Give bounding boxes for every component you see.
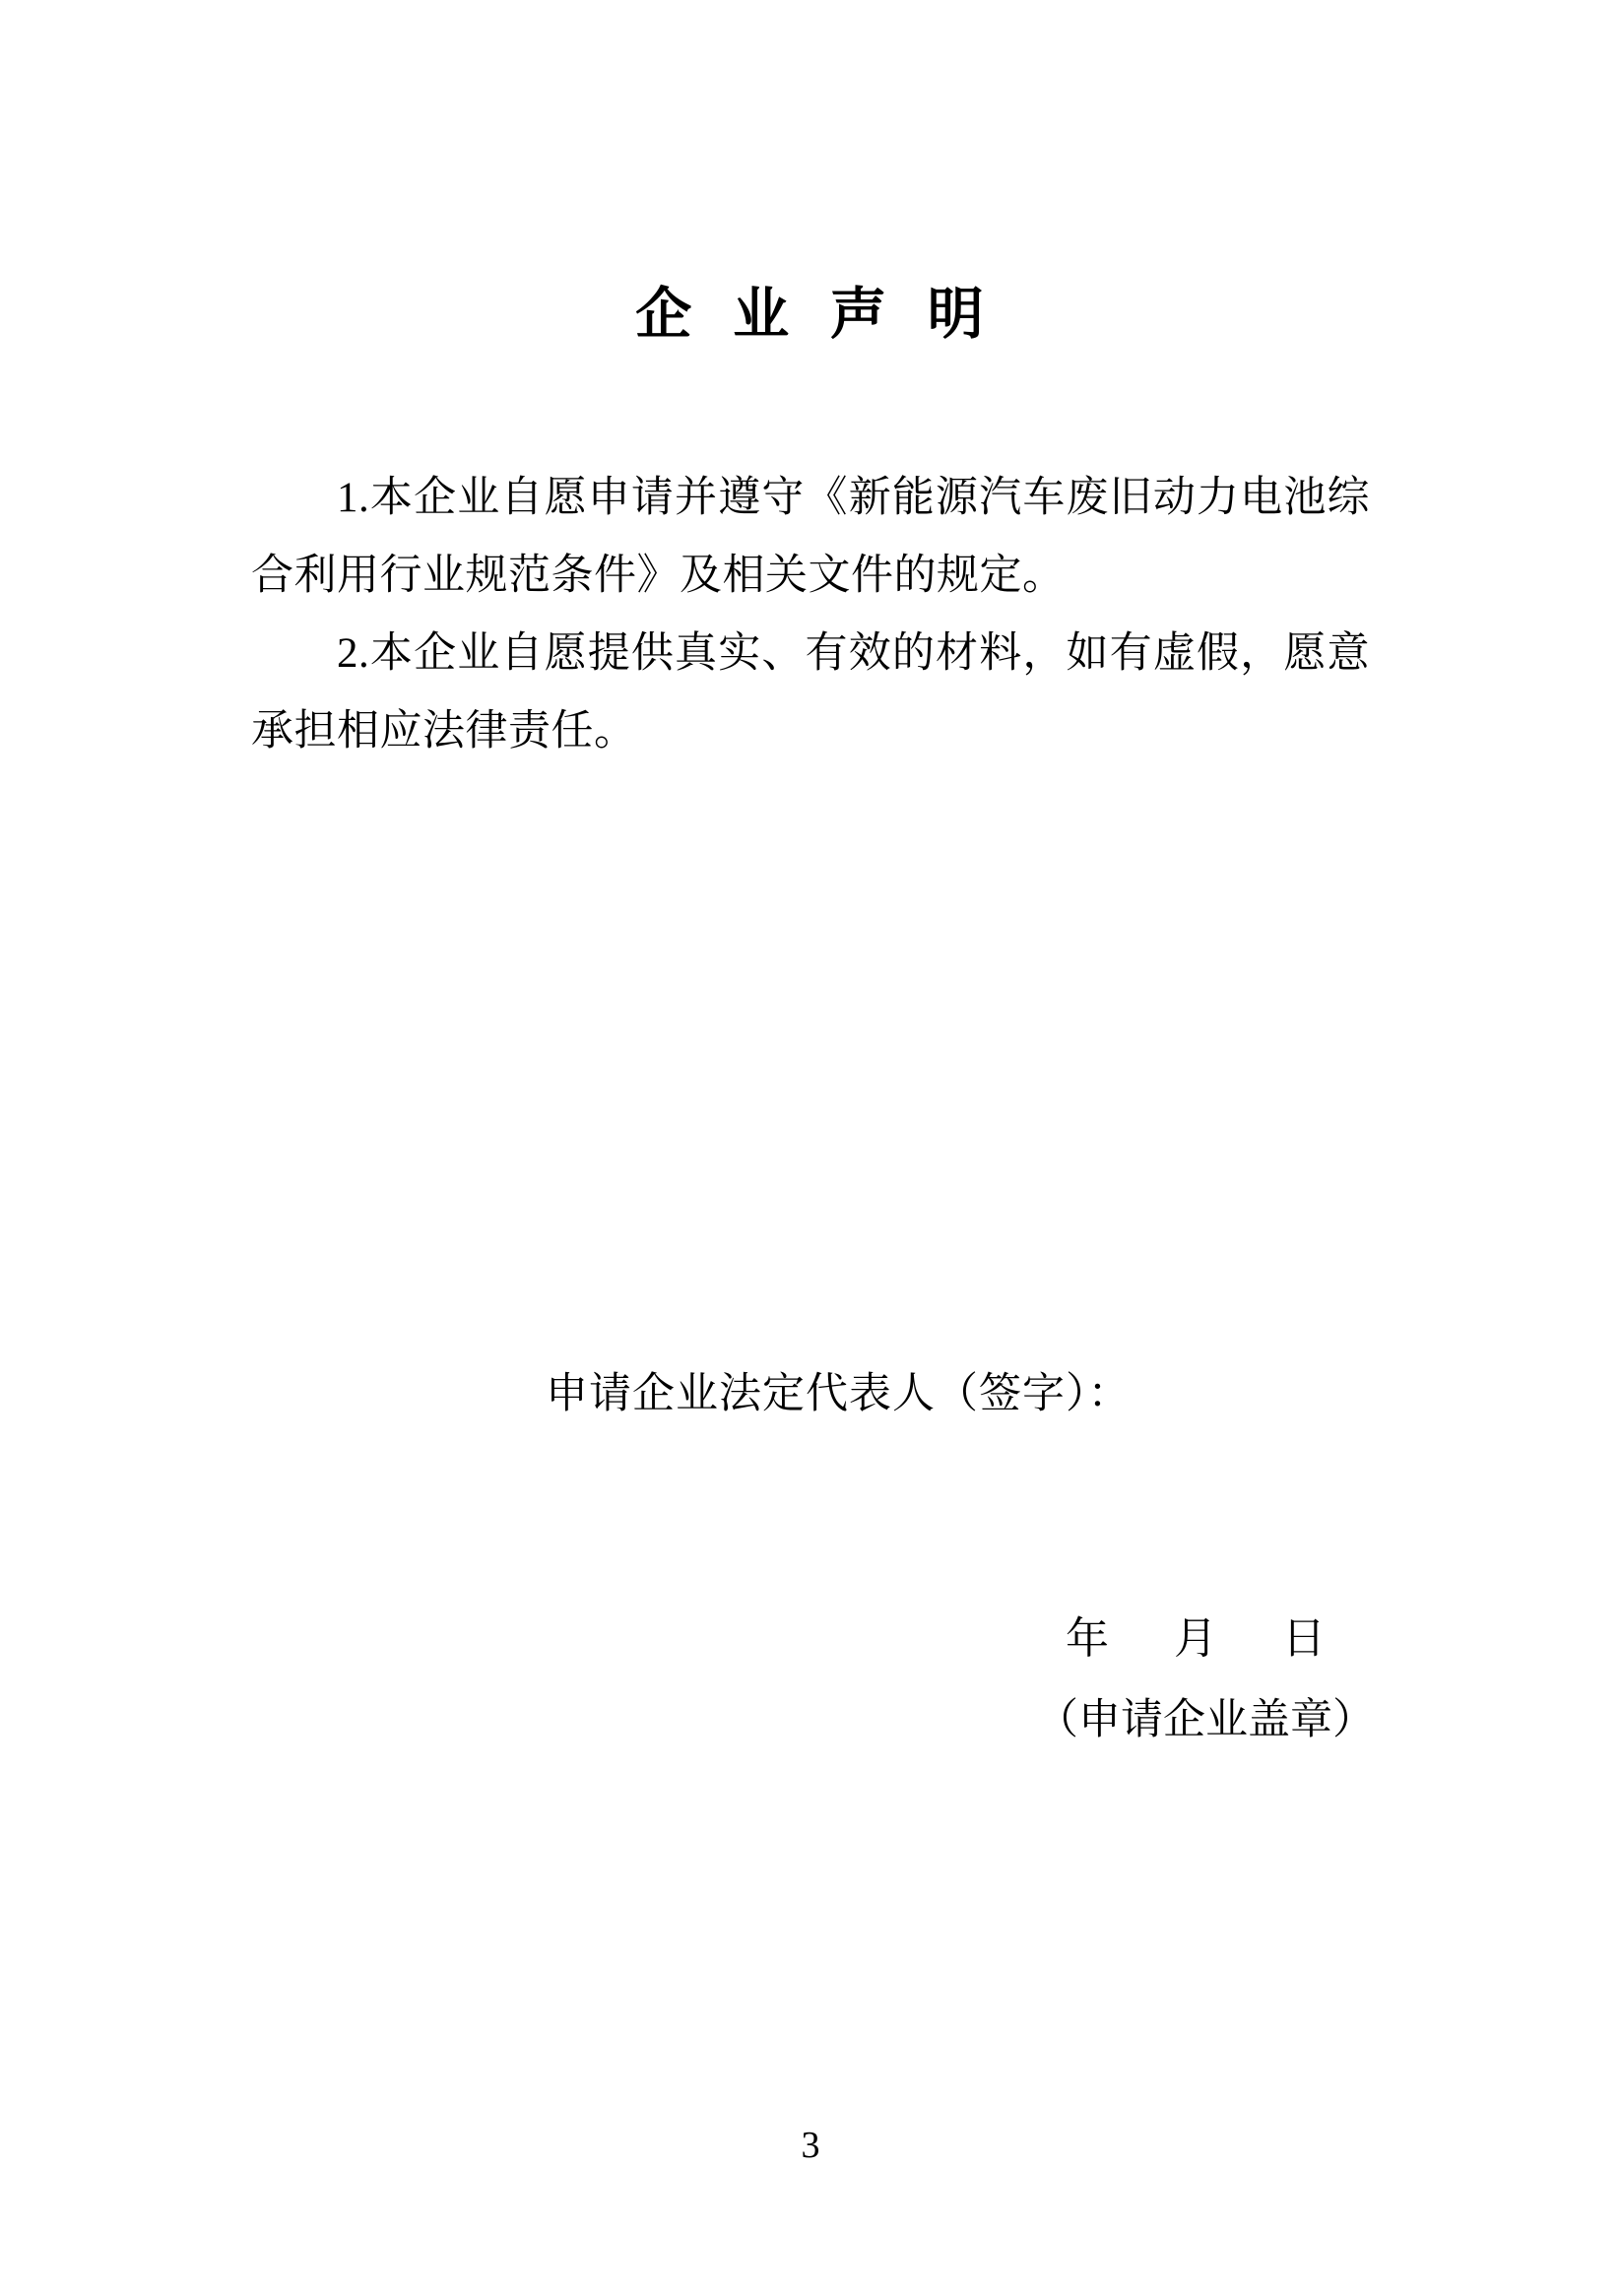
date-month-label: 月 [1174,1613,1217,1665]
document-page: 企 业 声 明 1.本企业自愿申请并遵守《新能源汽车废旧动力电池综 合利用行业规… [0,0,1621,2296]
date-year-label: 年 [1066,1613,1109,1665]
date-day-label: 日 [1282,1613,1326,1665]
paragraph-1-line-2: 合利用行业规范条件》及相关文件的规定。 [251,537,1370,615]
document-body: 1.本企业自愿申请并遵守《新能源汽车废旧动力电池综 合利用行业规范条件》及相关文… [251,459,1370,770]
seal-label: （申请企业盖章） [1036,1692,1375,1749]
paragraph-2-line-2: 承担相应法律责任。 [251,692,1370,770]
paragraph-1-line-1: 1.本企业自愿申请并遵守《新能源汽车废旧动力电池综 [251,459,1370,537]
page-number: 3 [0,2124,1621,2167]
signature-line-label: 申请企业法定代表人（签字）： [546,1369,1132,1420]
paragraph-2-line-1: 2.本企业自愿提供真实、有效的材料，如有虚假，愿意 [251,615,1370,692]
date-line: 年 月 日 [1066,1613,1326,1665]
document-title: 企 业 声 明 [0,281,1621,348]
